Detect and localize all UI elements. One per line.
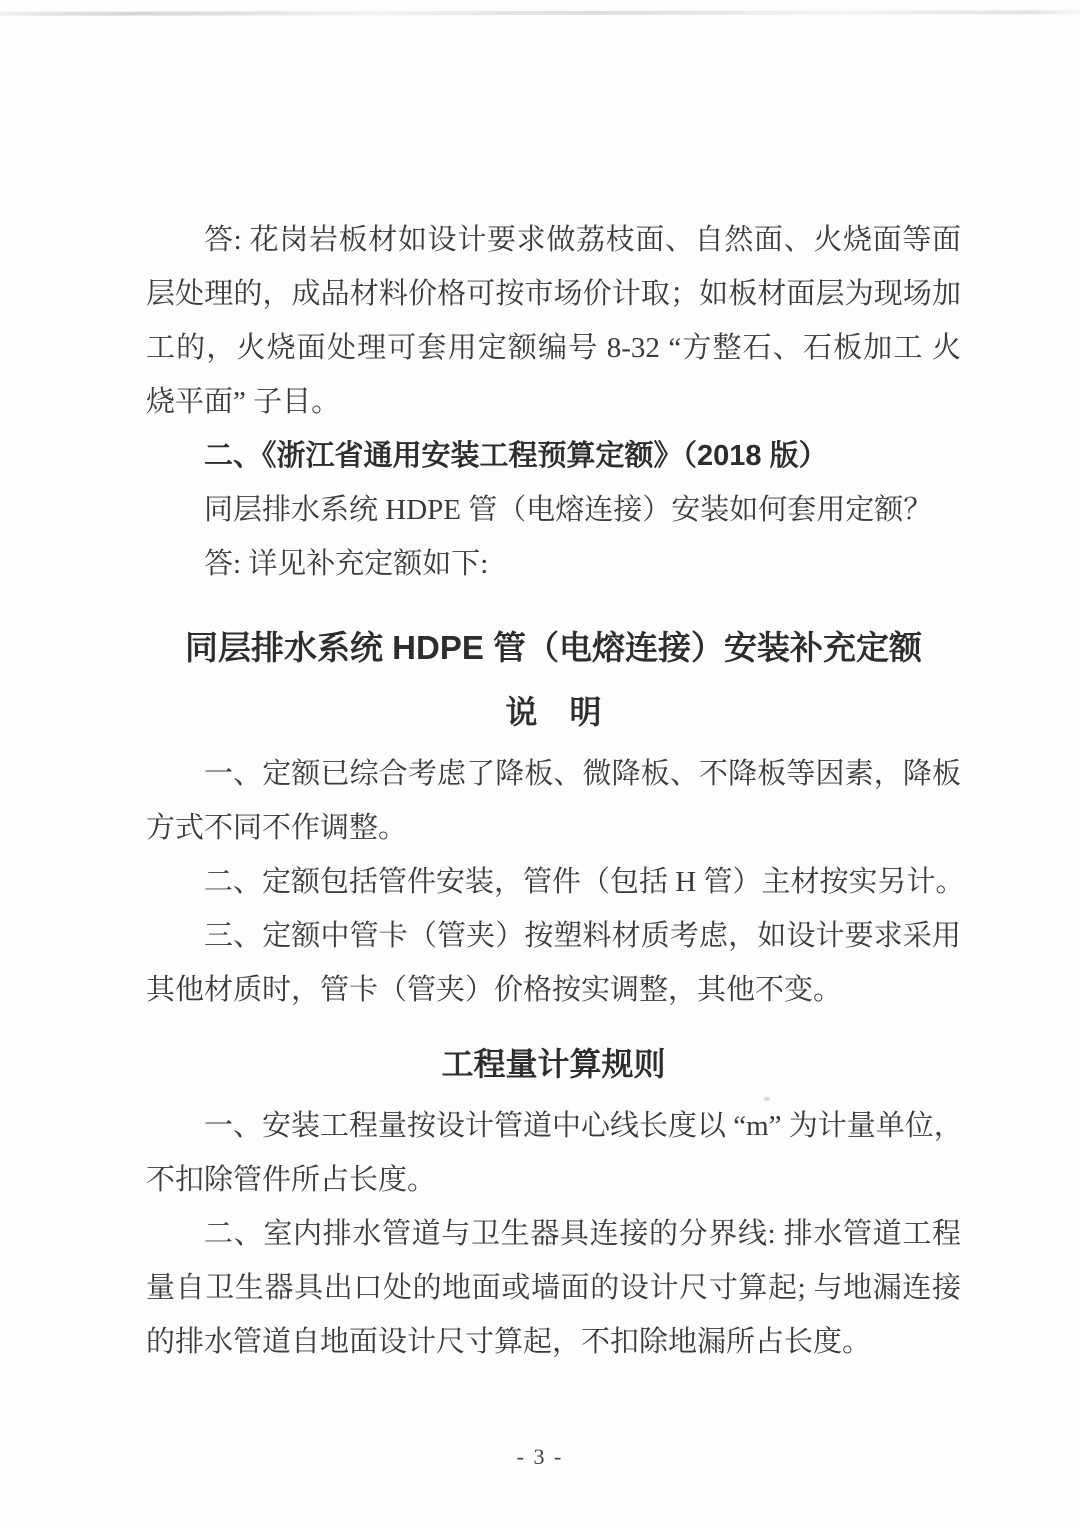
section-supplement-quota: 同层排水系统 HDPE 管（电熔连接）安装补充定额 说 明 一、定额已综合考虑了… [146,621,961,1369]
text-line: 其他材质时，管卡（管夹）价格按实调整，其他不变。 [146,963,961,1017]
text-line: 答: 花岗岩板材如设计要求做荔枝面、自然面、火烧面等面 [146,213,961,267]
text-line: 方式不同不作调整。 [146,801,961,855]
text-line: 量自卫生器具出口处的地面或墙面的设计尺寸算起; 与地漏连接 [146,1261,961,1315]
section-heading: 二、《浙江省通用安装工程预算定额》（2018 版） [146,429,961,483]
document-page: 答: 花岗岩板材如设计要求做荔枝面、自然面、火烧面等面 层处理的，成品材料价格可… [0,0,1080,1528]
text-line: 一、安装工程量按设计管道中心线长度以 “m” 为计量单位， [146,1099,961,1153]
notes-heading: 说 明 [146,685,961,739]
rules-heading: 工程量计算规则 [146,1037,961,1091]
question-line: 同层排水系统 HDPE 管（电熔连接）安装如何套用定额？ [146,483,961,537]
rule-item-1: 一、安装工程量按设计管道中心线长度以 “m” 为计量单位， 不扣除管件所占长度。 [146,1099,961,1207]
text-line: 烧平面” 子目。 [146,375,961,429]
note-item-3: 三、定额中管卡（管夹）按塑料材质考虑，如设计要求采用 其他材质时，管卡（管夹）价… [146,909,961,1017]
document-content: 答: 花岗岩板材如设计要求做荔枝面、自然面、火烧面等面 层处理的，成品材料价格可… [146,213,961,1369]
section-installation-quota: 二、《浙江省通用安装工程预算定额》（2018 版） 同层排水系统 HDPE 管（… [146,429,961,591]
note-item-1: 一、定额已综合考虑了降板、微降板、不降板等因素，降板 方式不同不作调整。 [146,747,961,855]
text-line: 一、定额已综合考虑了降板、微降板、不降板等因素，降板 [146,747,961,801]
scan-artifact-top-streak [0,10,1080,16]
text-line: 不扣除管件所占长度。 [146,1153,961,1207]
page-number: - 3 - [0,1444,1080,1470]
supplement-title: 同层排水系统 HDPE 管（电熔连接）安装补充定额 [146,621,961,675]
text-line: 二、定额包括管件安装，管件（包括 H 管）主材按实另计。 [146,855,961,909]
text-line: 三、定额中管卡（管夹）按塑料材质考虑，如设计要求采用 [146,909,961,963]
answer-intro-line: 答: 详见补充定额如下: [146,537,961,591]
text-line: 工的，火烧面处理可套用定额编号 8-32 “方整石、石板加工 火 [146,321,961,375]
text-line: 层处理的，成品材料价格可按市场价计取；如板材面层为现场加 [146,267,961,321]
section-answer-granite: 答: 花岗岩板材如设计要求做荔枝面、自然面、火烧面等面 层处理的，成品材料价格可… [146,213,961,429]
text-line: 二、室内排水管道与卫生器具连接的分界线: 排水管道工程 [146,1207,961,1261]
rule-item-2: 二、室内排水管道与卫生器具连接的分界线: 排水管道工程 量自卫生器具出口处的地面… [146,1207,961,1369]
text-line: 的排水管道自地面设计尺寸算起，不扣除地漏所占长度。 [146,1315,961,1369]
note-item-2: 二、定额包括管件安装，管件（包括 H 管）主材按实另计。 [146,855,961,909]
